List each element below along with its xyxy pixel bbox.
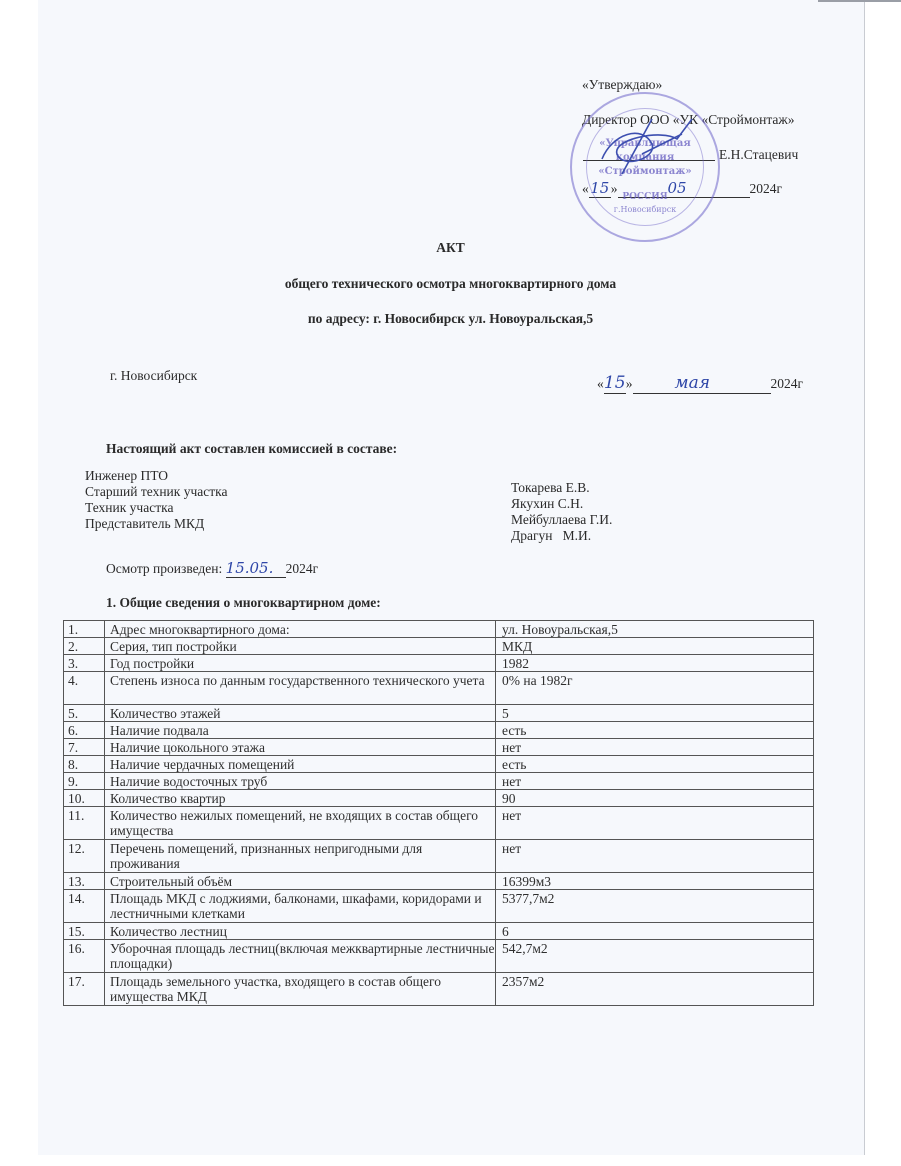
table-row: 16.Уборочная площадь лестниц(включая меж… [64,940,814,973]
quote-open: « [597,376,604,391]
cell-value: 2357м2 [496,973,814,1006]
director-name: Е.Н.Стацевич [719,147,798,163]
cell-label: Год постройки [105,655,496,672]
cell-label: Наличие цокольного этажа [105,739,496,756]
table-row: 1.Адрес многоквартирного дома:ул. Новоур… [64,621,814,638]
cell-num: 8. [64,756,105,773]
table-row: 11.Количество нежилых помещений, не вход… [64,807,814,840]
city: г. Новосибирск [110,368,197,384]
cell-num: 13. [64,873,105,890]
cell-value: 16399м3 [496,873,814,890]
role: Представитель МКД [85,516,227,532]
inspection-year: 2024г [286,561,319,576]
cell-label: Количество этажей [105,705,496,722]
cell-value: 5 [496,705,814,722]
stamp-line: компания [572,152,718,163]
cell-num: 2. [64,638,105,655]
member: Драгун М.И. [511,528,612,544]
cell-label: Перечень помещений, признанных непригодн… [105,840,496,873]
cell-value: нет [496,739,814,756]
cell-value: есть [496,722,814,739]
cell-value: 542,7м2 [496,940,814,973]
cell-label: Количество нежилых помещений, не входящи… [105,807,496,840]
commission-roles: Инженер ПТО Старший техник участка Техни… [85,468,227,532]
inspection-date: Осмотр произведен: 15.05.2024г [106,559,318,578]
approval-year: 2024г [750,181,783,196]
stamp-line: г.Новосибирск [572,205,718,214]
cell-num: 10. [64,790,105,807]
cell-value: нет [496,840,814,873]
role: Старший техник участка [85,484,227,500]
member: Токарева Е.В. [511,480,612,496]
role: Инженер ПТО [85,468,227,484]
table-row: 14.Площадь МКД с лоджиями, балконами, шк… [64,890,814,923]
cell-label: Площадь МКД с лоджиями, балконами, шкафа… [105,890,496,923]
cell-num: 16. [64,940,105,973]
table-row: 9.Наличие водосточных трубнет [64,773,814,790]
quote-close: » [626,376,633,391]
cell-value: 5377,7м2 [496,890,814,923]
cell-label: Количество лестниц [105,923,496,940]
cell-label: Наличие чердачных помещений [105,756,496,773]
cell-num: 11. [64,807,105,840]
cell-label: Адрес многоквартирного дома: [105,621,496,638]
cell-label: Серия, тип постройки [105,638,496,655]
role: Техник участка [85,500,227,516]
table-row: 13.Строительный объём16399м3 [64,873,814,890]
stamp-line: «Управляющая [572,138,718,149]
cell-num: 1. [64,621,105,638]
cell-value: МКД [496,638,814,655]
cell-label: Уборочная площадь лестниц(включая межква… [105,940,496,973]
approve-label: «Утверждаю» [582,77,662,93]
cell-value: нет [496,807,814,840]
table-row: 2.Серия, тип постройкиМКД [64,638,814,655]
commission-intro: Настоящий акт составлен комиссией в сост… [106,441,397,457]
table-row: 10.Количество квартир90 [64,790,814,807]
table-row: 12.Перечень помещений, признанных неприг… [64,840,814,873]
cell-value: 90 [496,790,814,807]
inspection-label: Осмотр произведен: [106,561,222,576]
cell-num: 17. [64,973,105,1006]
document-title: АКТ [0,240,901,256]
cell-label: Наличие водосточных труб [105,773,496,790]
cell-num: 5. [64,705,105,722]
table-row: 6.Наличие подвалаесть [64,722,814,739]
signature-scribble-icon [582,114,712,184]
cell-label: Строительный объём [105,873,496,890]
cell-label: Площадь земельного участка, входящего в … [105,973,496,1006]
cell-num: 14. [64,890,105,923]
commission-members: Токарева Е.В. Якухин С.Н. Мейбуллаева Г.… [511,480,612,544]
cell-label: Количество квартир [105,790,496,807]
cell-num: 3. [64,655,105,672]
table-row: 5.Количество этажей5 [64,705,814,722]
table-row: 15.Количество лестниц6 [64,923,814,940]
cell-num: 15. [64,923,105,940]
cell-value: 0% на 1982г [496,672,814,705]
cell-label: Степень износа по данным государственног… [105,672,496,705]
cell-value: есть [496,756,814,773]
cell-num: 9. [64,773,105,790]
cell-value: нет [496,773,814,790]
section-title: 1. Общие сведения о многоквартирном доме… [106,595,381,611]
cell-num: 4. [64,672,105,705]
member: Мейбуллаева Г.И. [511,512,612,528]
act-date: «15»мая2024г [597,373,803,394]
building-info-table: 1.Адрес многоквартирного дома:ул. Новоур… [63,620,814,1006]
stamp-line: «Строймонтаж» [572,166,718,177]
cell-value: 6 [496,923,814,940]
cell-num: 12. [64,840,105,873]
act-day: 15 [604,373,626,394]
member: Якухин С.Н. [511,496,612,512]
stamp-line: РОССИЯ [572,192,718,202]
table-row: 8.Наличие чердачных помещенийесть [64,756,814,773]
act-year: 2024г [771,376,804,391]
document-address: по адресу: г. Новосибирск ул. Новоуральс… [0,311,901,327]
cell-label: Наличие подвала [105,722,496,739]
table-row: 3.Год постройки1982 [64,655,814,672]
table-row: 17.Площадь земельного участка, входящего… [64,973,814,1006]
act-month: мая [633,373,771,394]
cell-value: ул. Новоуральская,5 [496,621,814,638]
cell-value: 1982 [496,655,814,672]
cell-num: 7. [64,739,105,756]
table-row: 4.Степень износа по данным государственн… [64,672,814,705]
cell-num: 6. [64,722,105,739]
scan-edge [818,0,901,2]
table-row: 7.Наличие цокольного этажанет [64,739,814,756]
company-stamp: «Управляющая компания «Строймонтаж» РОСС… [570,92,720,242]
document-subtitle: общего технического осмотра многоквартир… [0,276,901,292]
inspection-day-month: 15.05. [226,559,286,578]
